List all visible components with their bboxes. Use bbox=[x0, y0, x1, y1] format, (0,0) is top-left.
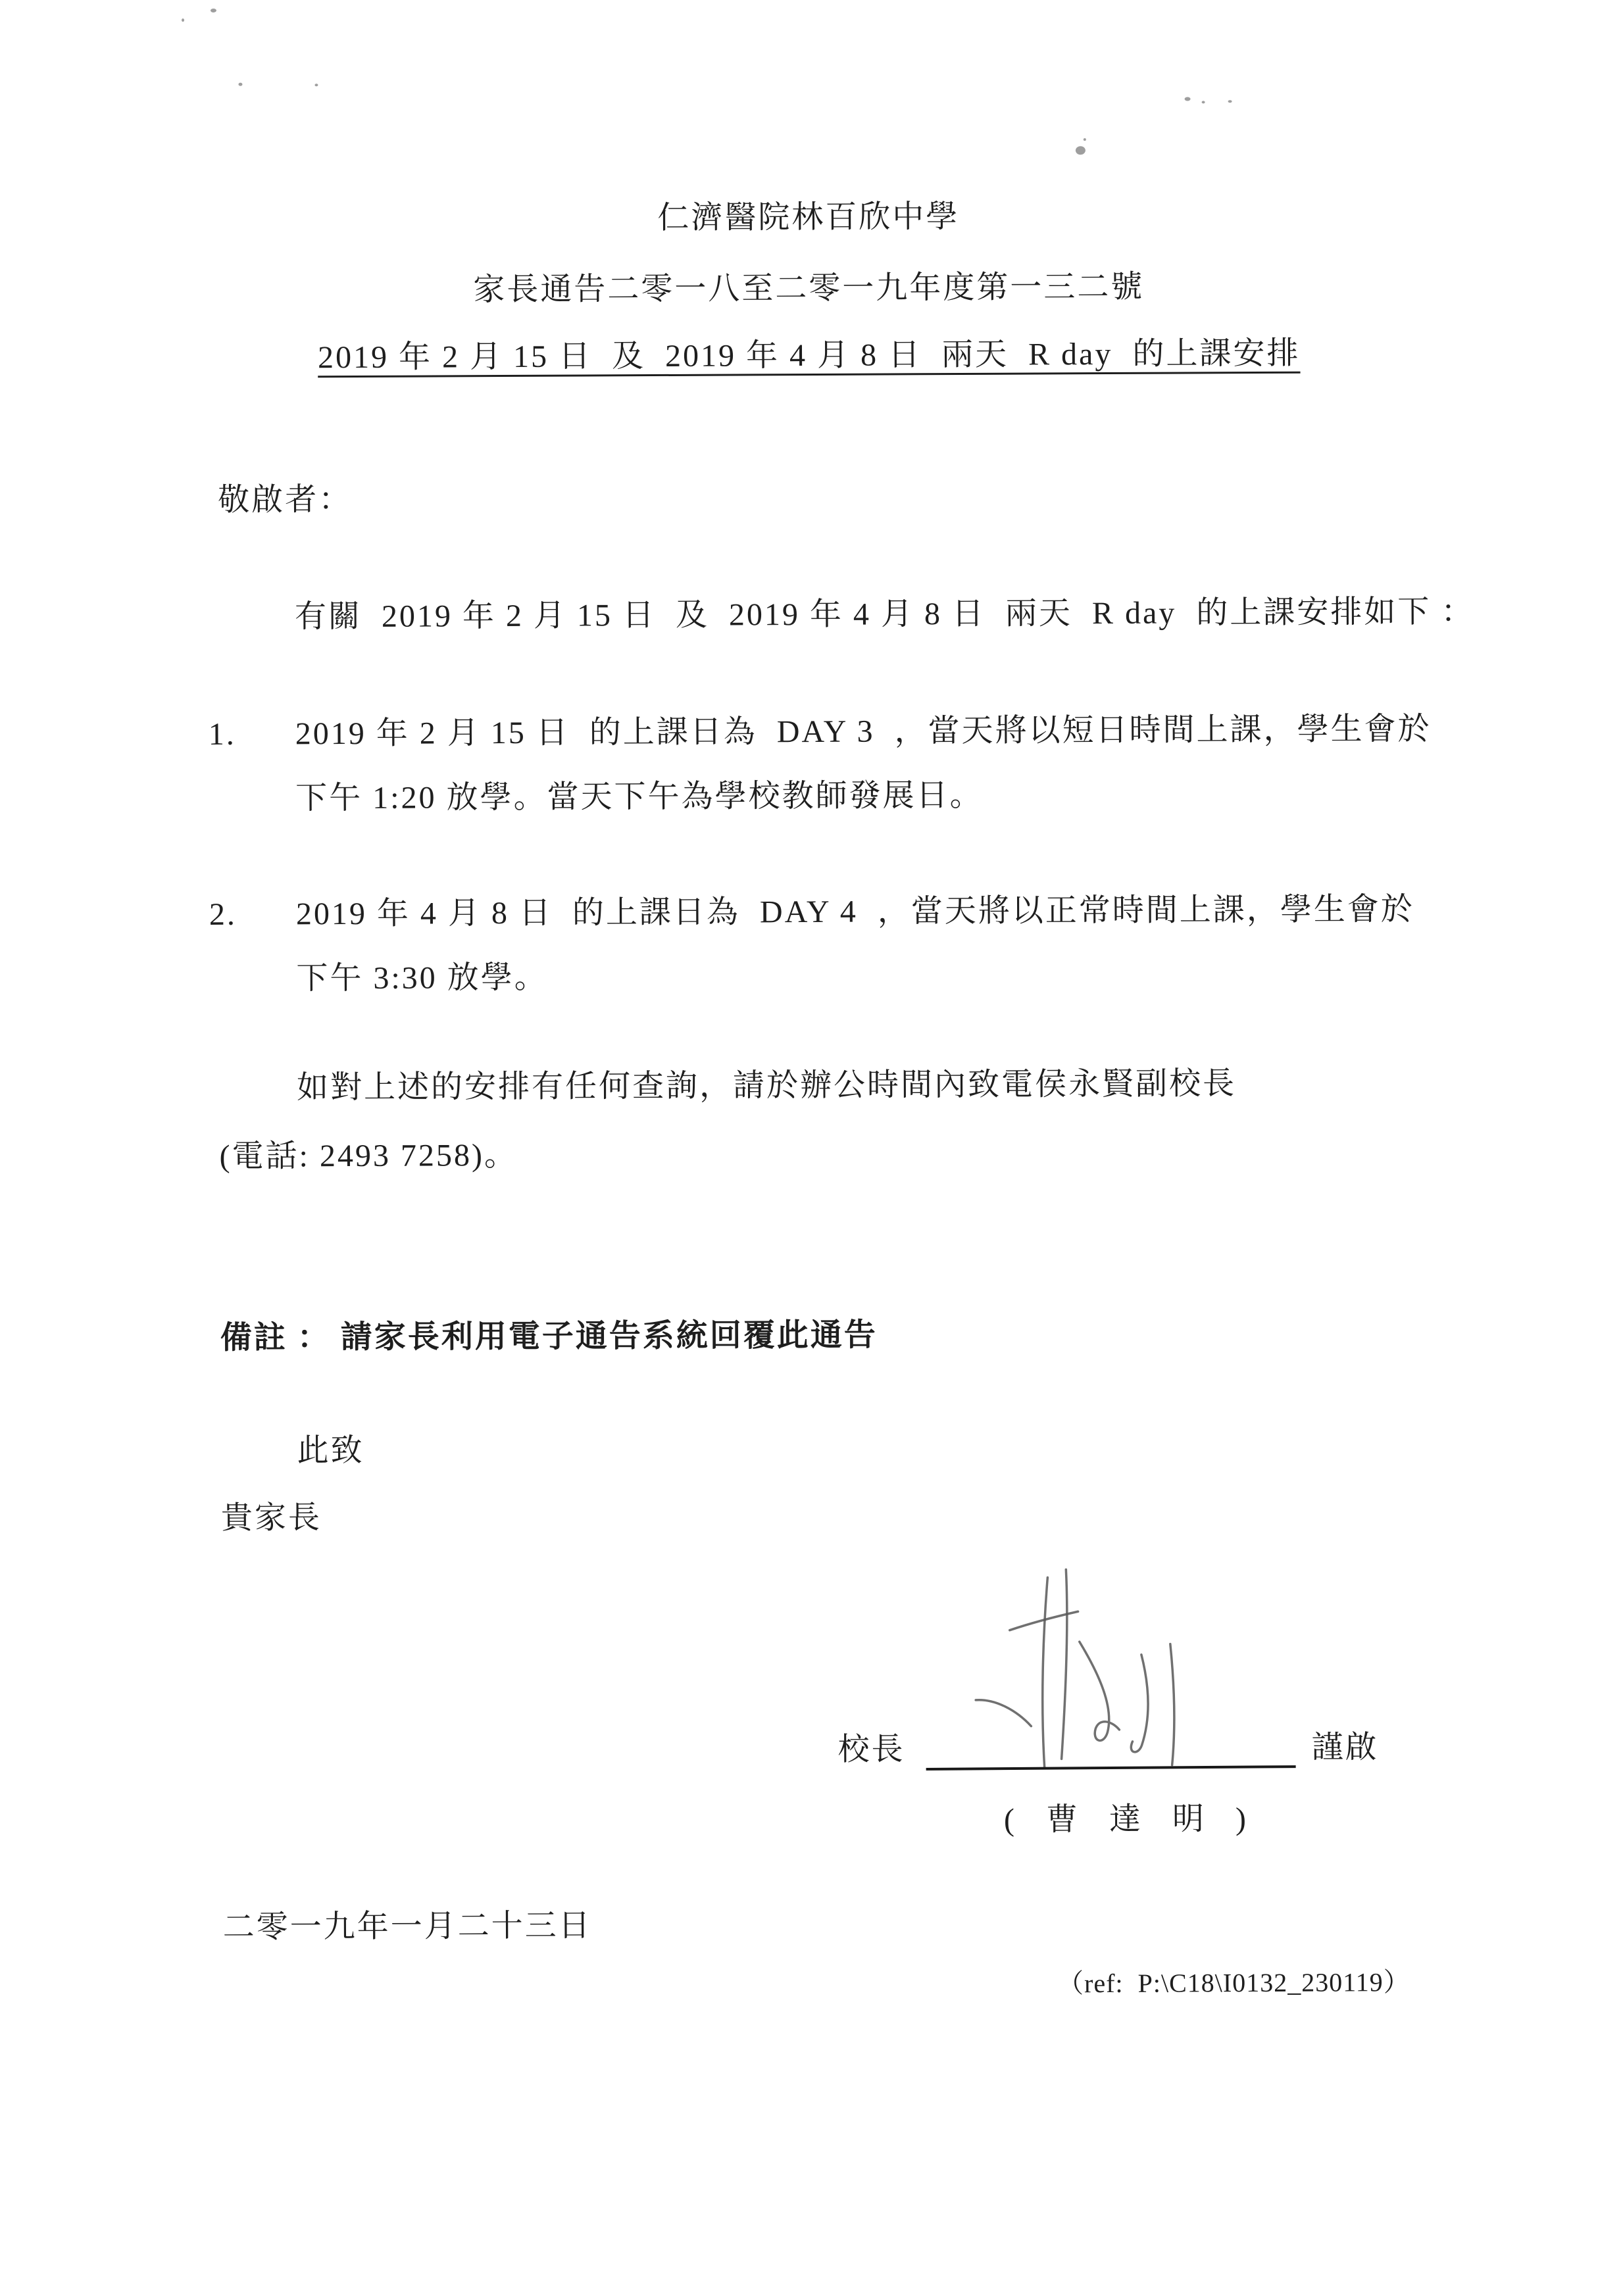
scan-speck bbox=[1228, 100, 1232, 103]
issue-date: 二零一九年一月二十三日 bbox=[223, 1907, 592, 1946]
scan-speck bbox=[1076, 146, 1086, 155]
signature-title-label: 校長 bbox=[837, 1730, 905, 1769]
salutation: 敬啟者： bbox=[218, 481, 352, 519]
remark-line: 備註 ： 請家長利用電子通告系統回覆此通告 bbox=[220, 1317, 878, 1357]
scan-speck bbox=[182, 18, 184, 22]
scan-speck bbox=[1084, 138, 1086, 141]
subject-line-wrap: 2019 年 2 月 15 日 及 2019 年 4 月 8 日 兩天 R da… bbox=[0, 333, 1620, 378]
item-2-line2: 下午 3:30 放學。 bbox=[296, 959, 548, 998]
reference-line: （ref: P:\C18\I0132_230119） bbox=[1057, 1966, 1411, 1999]
scan-speck bbox=[238, 83, 242, 86]
school-name: 仁濟醫院林百欣中學 bbox=[0, 195, 1620, 240]
item-2-number: 2. bbox=[209, 896, 237, 934]
notice-sheet: 仁濟醫院林百欣中學 家長通告二零一八至二零一九年度第一三二號 2019 年 2 … bbox=[0, 0, 1623, 2296]
signature-respectfully-label: 謹啟 bbox=[1311, 1728, 1378, 1767]
enquiry-line2: (電話: 2493 7258)。 bbox=[219, 1136, 518, 1176]
notice-number-line: 家長通告二零一八至二零一九年度第一三二號 bbox=[0, 266, 1620, 311]
intro-paragraph: 有關 2019 年 2 月 15 日 及 2019 年 4 月 8 日 兩天 R… bbox=[295, 593, 1475, 636]
closing-this-to: 此致 bbox=[297, 1432, 364, 1470]
scan-speck bbox=[314, 84, 318, 86]
principal-signature-scrawl bbox=[943, 1563, 1253, 1782]
subject-line: 2019 年 2 月 15 日 及 2019 年 4 月 8 日 兩天 R da… bbox=[318, 336, 1301, 376]
scanned-notice-page: 仁濟醫院林百欣中學 家長通告二零一八至二零一九年度第一三二號 2019 年 2 … bbox=[0, 0, 1623, 2296]
closing-recipient: 貴家長 bbox=[221, 1499, 322, 1537]
enquiry-line1: 如對上述的安排有任何查詢，請於辦公時間內致電侯永賢副校長 bbox=[297, 1065, 1236, 1107]
scan-speck bbox=[211, 9, 216, 12]
principal-name: ( 曹 達 明 ) bbox=[1004, 1800, 1251, 1839]
item-1-line1: 2019 年 2 月 15 日 的上課日為 DAY 3 ，當天將以短日時間上課，… bbox=[295, 710, 1432, 753]
item-1-line2: 下午 1:20 放學。當天下午為學校教師發展日。 bbox=[295, 777, 984, 818]
scan-speck bbox=[1185, 97, 1191, 101]
item-1-number: 1. bbox=[209, 716, 236, 754]
item-2-line1: 2019 年 4 月 8 日 的上課日為 DAY 4 ，當天將以正常時間上課，學… bbox=[296, 891, 1414, 933]
scan-speck bbox=[1202, 101, 1205, 103]
